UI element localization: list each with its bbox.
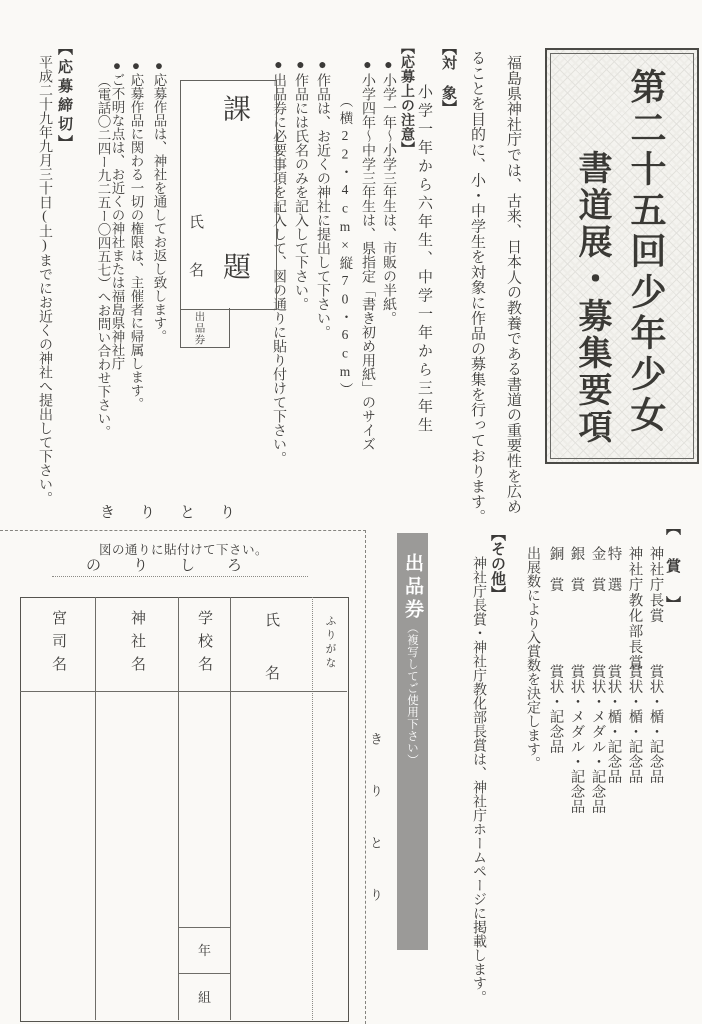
paste-note: 図の通りに貼付けて下さい。 — [99, 544, 268, 557]
table-header-rule — [20, 691, 347, 692]
table-rule-dotted — [312, 597, 313, 1020]
award-item: 銀 賞賞状・メダル・記念品 — [569, 546, 584, 814]
entry-ticket-subtitle: （複写してご使用下さい） — [406, 622, 418, 766]
award-name: 特 選 — [606, 546, 621, 664]
note-item: ●ご不明な点は、お近くの神社または福島県神社庁 — [110, 58, 124, 370]
award-item: 銅 賞賞状・記念品 — [548, 546, 563, 754]
title-line-2: 書道展・募集要項 — [574, 150, 608, 446]
note-item: ●応募作品は、神社を通してお返し致します。 — [152, 58, 166, 343]
note-item-phone: （電話〇二四ー九二五ー〇四五七）へお問い合わせ下さい。 — [96, 74, 110, 439]
award-prize: 賞状・メダル・記念品 — [590, 664, 606, 814]
cutline-label-horizontal: き り と り — [100, 506, 240, 521]
note-item: ●応募作品に関わる一切の権限は、主催者に帰属します。 — [129, 58, 143, 411]
table-rule-vertical — [230, 597, 231, 1020]
note-item: ●小学四年～中学三年生は、県指定「書き初め用紙」のサイズ — [360, 58, 374, 451]
deadline-heading: 【応募締切】 — [56, 40, 71, 154]
notes-heading: 【応募上の注意】 — [399, 40, 413, 156]
entry-ticket-band-text: 出品券（複写してご使用下さい） — [403, 533, 422, 950]
table-class-rule — [178, 973, 230, 974]
award-prize: 賞状・楯・記念品 — [606, 664, 622, 784]
sample-subject-label: 課題 — [220, 94, 248, 410]
award-prize: 賞状・楯・記念品 — [627, 664, 643, 784]
title-box — [545, 48, 699, 464]
award-name: 神社庁長賞 — [648, 546, 663, 664]
glue-dotted-line — [52, 576, 308, 577]
column-header-full-name: 氏名 — [263, 612, 278, 718]
title-line-1: 第二十五回少年少女 — [628, 68, 664, 437]
table-rule-vertical — [95, 597, 96, 1020]
entry-ticket-title: 出品券 — [402, 553, 423, 622]
column-header-furigana: ふりがな — [324, 615, 335, 671]
entry-ticket-band: 出品券（複写してご使用下さい） — [397, 533, 428, 950]
deadline-body: 平成二十九年九月三十日(土)までにお近くの神社へ提出して下さい。 — [37, 55, 51, 505]
award-prize: 賞状・メダル・記念品 — [569, 664, 585, 814]
glue-label: の り し ろ — [86, 559, 251, 574]
note-item: ●作品には氏名のみを記入して下さい。 — [293, 58, 307, 311]
entry-ticket-table — [20, 597, 349, 1022]
column-header-school-name: 学校名 — [196, 610, 211, 679]
target-body: 小学一年から六年生、中学一年から三年生 — [416, 84, 431, 436]
award-item: 神社庁長賞賞状・楯・記念品 — [648, 546, 663, 784]
award-item: 神社庁教化部長賞賞状・楯・記念品 — [627, 546, 642, 784]
award-name: 銅 賞 — [548, 546, 563, 664]
table-grade-rule — [178, 927, 230, 928]
award-name: 金 賞 — [590, 546, 605, 664]
other-body: 神社庁長賞・神社庁教化部長賞は、神社庁ホームページに掲載します。 — [471, 556, 485, 1004]
award-prize: 賞状・記念品 — [548, 664, 564, 754]
column-header-priest-name: 宮司名 — [50, 610, 65, 679]
table-rule-vertical — [178, 597, 179, 1020]
class-label: 組 — [198, 991, 211, 1004]
sample-ticket-box — [180, 308, 230, 348]
sample-ticket-label: 出品券 — [193, 311, 204, 346]
intro-line-2: ることを目的に、小・中学生を対象に作品の募集を行っております。 — [469, 50, 484, 524]
grade-label: 年 — [198, 944, 211, 957]
award-prize: 賞状・楯・記念品 — [648, 664, 664, 784]
awards-note: 出展数により入賞数を決定します。 — [525, 546, 539, 770]
sample-name-label: 氏名 — [187, 214, 202, 310]
award-item: 特 選賞状・楯・記念品 — [606, 546, 621, 784]
awards-heading: 【 賞 】 — [664, 520, 679, 615]
title-box-inner-border — [550, 53, 694, 459]
note-item: ●作品は、お近くの神社に提出して下さい。 — [315, 58, 329, 339]
award-item: 金 賞賞状・メダル・記念品 — [590, 546, 605, 814]
note-item: ●小学一年～小学三年生は、市販の半紙。 — [381, 58, 395, 325]
other-heading: 【その他】 — [489, 526, 504, 601]
cutline-vertical — [365, 530, 366, 1024]
column-header-shrine-name: 神社名 — [129, 610, 144, 679]
intro-line-1: 福島県神社庁では、古来、日本人の教養である書道の重要性を広め — [505, 55, 520, 514]
cutline-horizontal — [0, 530, 366, 531]
cutline-label-vertical: き り と り — [369, 732, 382, 914]
target-heading: 【対 象】 — [440, 40, 455, 115]
award-name: 銀 賞 — [569, 546, 584, 664]
note-item-size: （横22・4cm×縦70・6cm） — [338, 94, 352, 400]
document-page: 第二十五回少年少女 書道展・募集要項 福島県神社庁では、古来、日本人の教養である… — [0, 0, 702, 1024]
award-name: 神社庁教化部長賞 — [627, 546, 642, 664]
